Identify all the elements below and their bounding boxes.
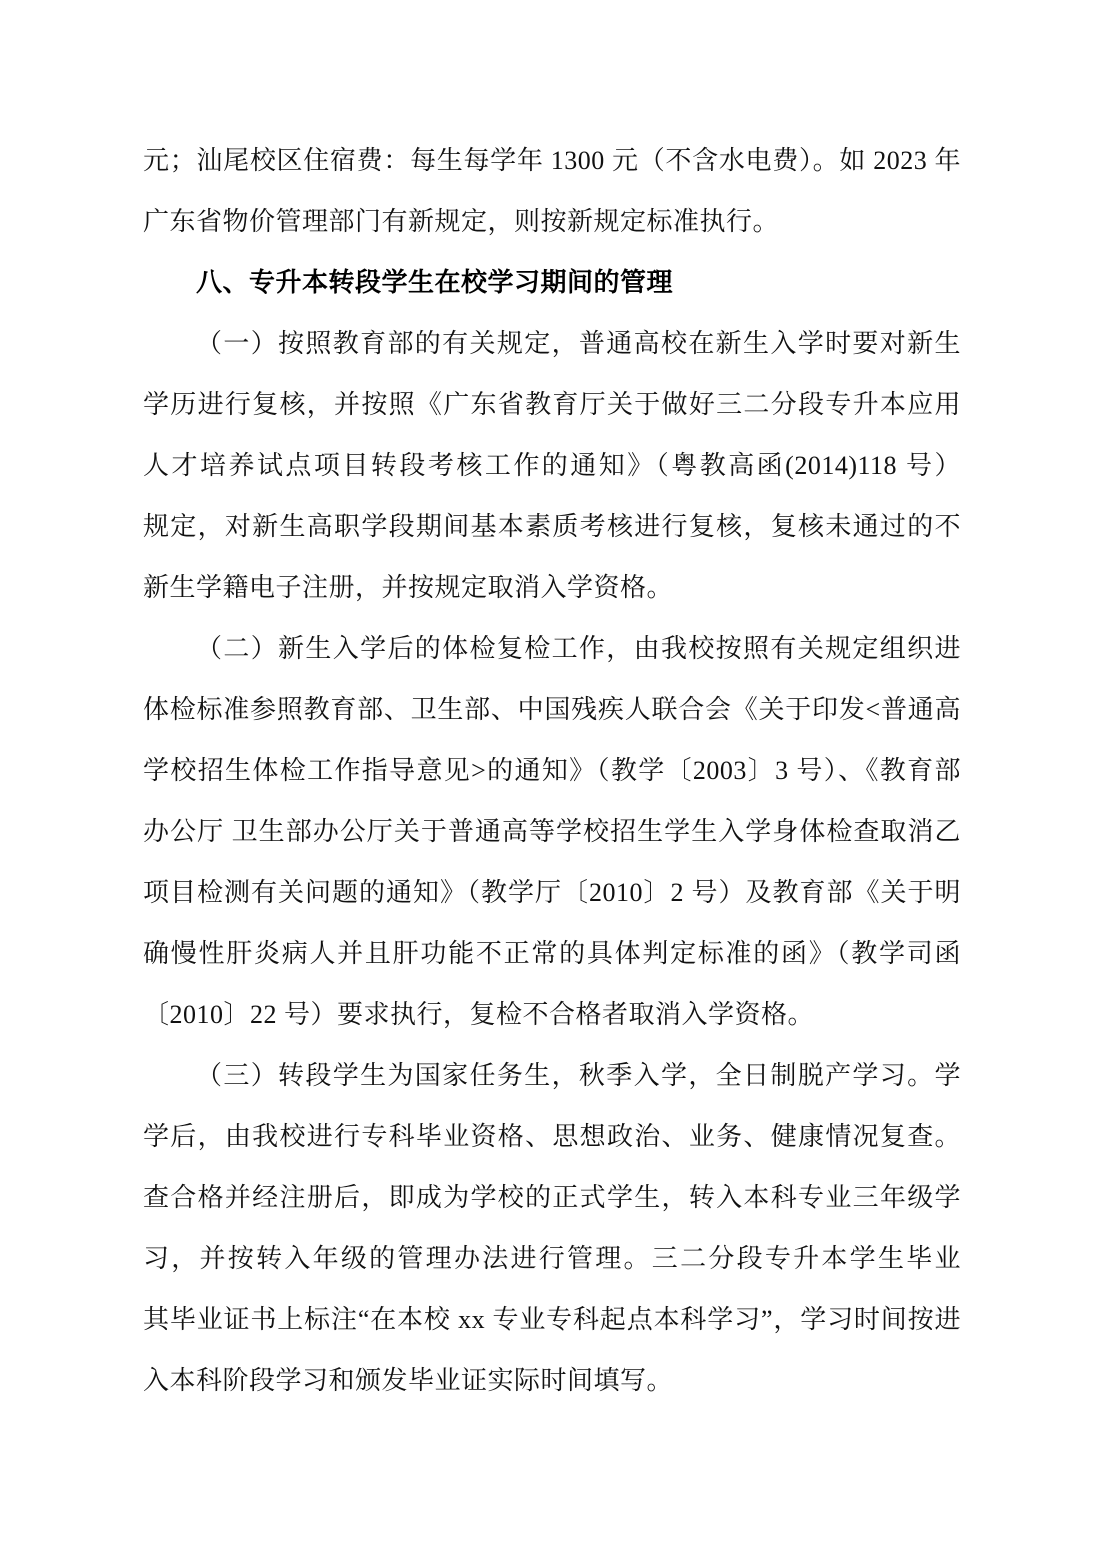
text-line: 规定，对新生高职学段期间基本素质考核进行复核，复核未通过的不予 [143, 496, 961, 557]
text-line: 习，并按转入年级的管理办法进行管理。三二分段专升本学生毕业时， [143, 1228, 961, 1289]
text-line: 人才培养试点项目转段考核工作的通知》（粤教高函(2014)118 号） [143, 435, 961, 496]
text-line: 确慢性肝炎病人并且肝功能不正常的具体判定标准的函》（教学司函 [143, 923, 961, 984]
text-line: （三）转段学生为国家任务生，秋季入学，全日制脱产学习。学生入 [143, 1045, 961, 1106]
para-item-one: （一）按照教育部的有关规定，普通高校在新生入学时要对新生专科学历进行复核，并按照… [143, 313, 961, 618]
text-line: 元；汕尾校区住宿费：每生每学年 1300 元（不含水电费）。如 2023 年 [143, 130, 961, 191]
text-line: 学校招生体检工作指导意见>的通知》（教学〔2003〕3 号）、《教育部 [143, 740, 961, 801]
page-content: 元；汕尾校区住宿费：每生每学年 1300 元（不含水电费）。如 2023 年广东… [143, 130, 961, 1411]
text-line: 项目检测有关问题的通知》（教学厅〔2010〕2 号）及教育部《关于明 [143, 862, 961, 923]
text-line: 新生学籍电子注册，并按规定取消入学资格。 [143, 557, 961, 618]
text-line: 查合格并经注册后，即成为学校的正式学生，转入本科专业三年级学 [143, 1167, 961, 1228]
text-line: 〔2010〕22 号）要求执行，复检不合格者取消入学资格。 [143, 984, 961, 1045]
text-line: 办公厅 卫生部办公厅关于普通高等学校招生学生入学身体检查取消乙肝 [143, 801, 961, 862]
text-line: 体检标准参照教育部、卫生部、中国残疾人联合会《关于印发<普通高等 [143, 679, 961, 740]
text-line: 学后，由我校进行专科毕业资格、思想政治、业务、健康情况复查。复 [143, 1106, 961, 1167]
para-fees-continuation: 元；汕尾校区住宿费：每生每学年 1300 元（不含水电费）。如 2023 年广东… [143, 130, 961, 252]
para-item-three: （三）转段学生为国家任务生，秋季入学，全日制脱产学习。学生入学后，由我校进行专科… [143, 1045, 961, 1411]
text-line: 学历进行复核，并按照《广东省教育厅关于做好三二分段专升本应用型 [143, 374, 961, 435]
heading-section-eight: 八、专升本转段学生在校学习期间的管理 [143, 252, 961, 313]
text-line: （一）按照教育部的有关规定，普通高校在新生入学时要对新生专科 [143, 313, 961, 374]
para-item-two: （二）新生入学后的体检复检工作，由我校按照有关规定组织进行。体检标准参照教育部、… [143, 618, 961, 1045]
text-line: 入本科阶段学习和颁发毕业证实际时间填写。 [143, 1350, 961, 1411]
section-heading-line: 八、专升本转段学生在校学习期间的管理 [143, 252, 961, 313]
text-line: 其毕业证书上标注“在本校 xx 专业专科起点本科学习”，学习时间按进 [143, 1289, 961, 1350]
text-line: 广东省物价管理部门有新规定，则按新规定标准执行。 [143, 191, 961, 252]
text-line: （二）新生入学后的体检复检工作，由我校按照有关规定组织进行。 [143, 618, 961, 679]
document-page: 元；汕尾校区住宿费：每生每学年 1300 元（不含水电费）。如 2023 年广东… [0, 0, 1102, 1559]
